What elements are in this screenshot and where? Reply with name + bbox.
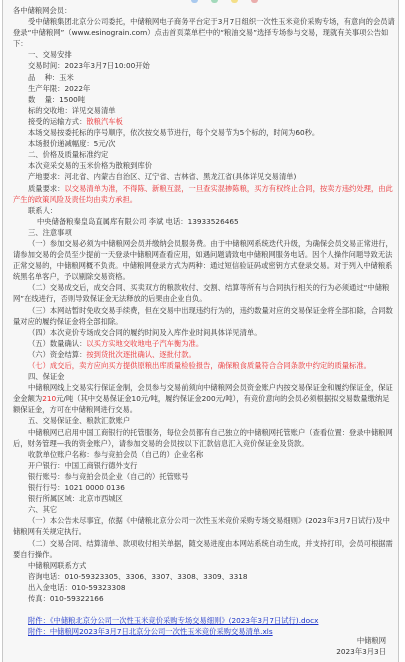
- contact-title: 中储粮网联系方式: [13, 560, 395, 571]
- notice-item-1: （一）参加交易必须为中储粮网会员并缴纳会员服务费。由于中储粮网系统迭代升级，为确…: [13, 238, 395, 282]
- account-paragraph: 中储粮网已启用中国工商银行的托管服务，每位会员都有自己独立的中储粮网托管账户（查…: [13, 427, 395, 449]
- bank-region: 银行所属区域：北京市西城区: [13, 493, 395, 504]
- item5-value: 以买方实地交收地电子汽车衡为准。: [86, 339, 203, 348]
- notice-item-2: （二）交易成交后，成交合同、买卖双方的粮款收付、交割、结算等所有与合同执行相关的…: [13, 282, 395, 304]
- notice-item-7: （七）成交后，卖方应向买方提供原粮出库质量检验报告，确保粮食质量符合合同条款中约…: [13, 360, 395, 371]
- trade-time: 交易时间：2023年3月7日10:00开始: [13, 60, 395, 71]
- production-year: 生产年限：2022年: [13, 83, 395, 94]
- section1-title: 一、交易安排: [13, 49, 395, 60]
- other-item-2: （二）交易合同、结算清单、款项收付相关单据，随交易进度由本网站系统自动生成，并支…: [13, 538, 395, 560]
- quality-label: 质量要求：: [28, 184, 64, 193]
- quality-requirement: 质量要求：以交易清单为准，不得陈、新粮互混，一旦查实混掺陈粮，买方有权终止合同，…: [13, 183, 395, 205]
- transport-label: 接受的运输方式：: [28, 117, 86, 126]
- announcement-body: 各中储粮网会员： 受中储粮集团北京分公司委托，中储粮网电子商务平台定于3月7日组…: [13, 5, 395, 637]
- item6-label: （六）资金结算：: [28, 350, 86, 359]
- price-step: 本场报价递减幅度：5元/次: [13, 138, 395, 149]
- consult-phone: 咨询电话：010-59323305、3306、3307、3308、3309、33…: [13, 571, 395, 582]
- notice-item-6: （六）资金结算：按到货批次逐批确认、逐批付款。: [13, 349, 395, 360]
- item5-label: （五）数量确认：: [28, 339, 86, 348]
- dot-blue: [191, 0, 198, 3]
- trade-order: 本场交易按委托标的序号顺序，依次按交易节进行，每个交易节为5个标的，时间为60秒…: [13, 127, 395, 138]
- intro-paragraph: 受中储粮集团北京分公司委托，中储粮网电子商务平台定于3月7日组织一次性玉米竞价采…: [13, 16, 395, 49]
- other-item-1: （一）本公告未尽事宜，依据《中储粮北京分公司一次性玉米竞价采购专场交易细则》(2…: [13, 515, 395, 537]
- notice-item-4: （四）本次竞价专场成交合同的履约时间及入库作业时间具体详见清单。: [13, 327, 395, 338]
- item6-value: 按到货批次逐批确认、逐批付款。: [86, 350, 195, 359]
- transport-mode: 接受的运输方式：散粮汽车板: [13, 116, 395, 127]
- contact-info: 中央储备粮秦皇岛直属库有限公司 李斌 电话：13933526465: [13, 216, 395, 227]
- section4-title: 四、保证金: [13, 371, 395, 382]
- section6-title: 六、其它: [13, 504, 395, 515]
- attachment-link-docx[interactable]: 附件：《中储粮北京分公司一次性玉米竞价采购专场交易细则》(2023年3月7日试行…: [28, 616, 318, 625]
- color-dots: [191, 0, 258, 3]
- dot-red: [251, 0, 258, 3]
- dot-green: [211, 0, 218, 3]
- greeting: 各中储粮网会员：: [13, 5, 395, 16]
- quality-value: 以交易清单为准，不得陈、新粮互混，一旦查实混掺陈粮，买方有权终止合同，按卖方违约…: [13, 184, 393, 204]
- delivery-location: 标的交收地：详见交易清单: [13, 105, 395, 116]
- deposit-text-b: 元/吨（其中交易保证金10元/吨，履约保证金200元/吨），有竞价意向的会员必须…: [13, 394, 390, 414]
- contact-label: 联系人：: [13, 205, 395, 216]
- account-name: 收款单位账户名称：参与竞拍会员（自己的）企业名称: [13, 449, 395, 460]
- fax: 传真：010-59322166: [13, 593, 395, 604]
- origin-requirement: 产地要求：河北省、内蒙古自治区、辽宁省、吉林省、黑龙江省(具体详见交易清单): [13, 171, 395, 182]
- section3-title: 三、注意事项: [13, 227, 395, 238]
- deposit-paragraph: 中储粮网线上交易实行保证金制，会员参与交易前须向中储粮网会员资金账户内按交易保证…: [13, 382, 395, 415]
- price-basis: 本次竞采交易的玉米价格为散粮到库价: [13, 160, 395, 171]
- bank-code: 银行行号：1021 0000 0136: [13, 482, 395, 493]
- section5-title: 五、交易保证金、粮款汇款账户: [13, 415, 395, 426]
- announcement-panel: 各中储粮网会员： 受中储粮集团北京分公司委托，中储粮网电子商务平台定于3月7日组…: [2, 0, 399, 662]
- cash-phone: 出入金电话：010-59323308: [13, 582, 395, 593]
- bank-name: 开户银行：中国工商银行德外支行: [13, 460, 395, 471]
- dot-yellow: [231, 0, 238, 3]
- section2-title: 二、价格及质量标准约定: [13, 149, 395, 160]
- signature-date: 2023年3月3日: [336, 646, 386, 657]
- notice-item-5: （五）数量确认：以买方实地交收地电子汽车衡为准。: [13, 338, 395, 349]
- attachment-row-1: 附件：《中储粮北京分公司一次性玉米竞价采购专场交易细则》(2023年3月7日试行…: [13, 615, 395, 626]
- account-number: 银行账号：参与竞拍会员企业（自己的）托管账号: [13, 471, 395, 482]
- deposit-amount: 210: [42, 394, 56, 403]
- signature: 中储粮网 2023年3月3日: [336, 635, 386, 657]
- notice-item-3: （三）本网站暂时免收交易手续费，但在交易中出现违约行为的，违约数量对应的交易保证…: [13, 305, 395, 327]
- quantity: 数 量：1500吨: [13, 94, 395, 105]
- attachment-link-xls[interactable]: 附件：中储粮网2023年3月7日北京分公司一次性玉米竞价采购交易清单.xls: [28, 627, 273, 636]
- signature-org: 中储粮网: [336, 635, 386, 646]
- transport-value: 散粮汽车板: [86, 117, 122, 126]
- variety: 品 种：玉米: [13, 72, 395, 83]
